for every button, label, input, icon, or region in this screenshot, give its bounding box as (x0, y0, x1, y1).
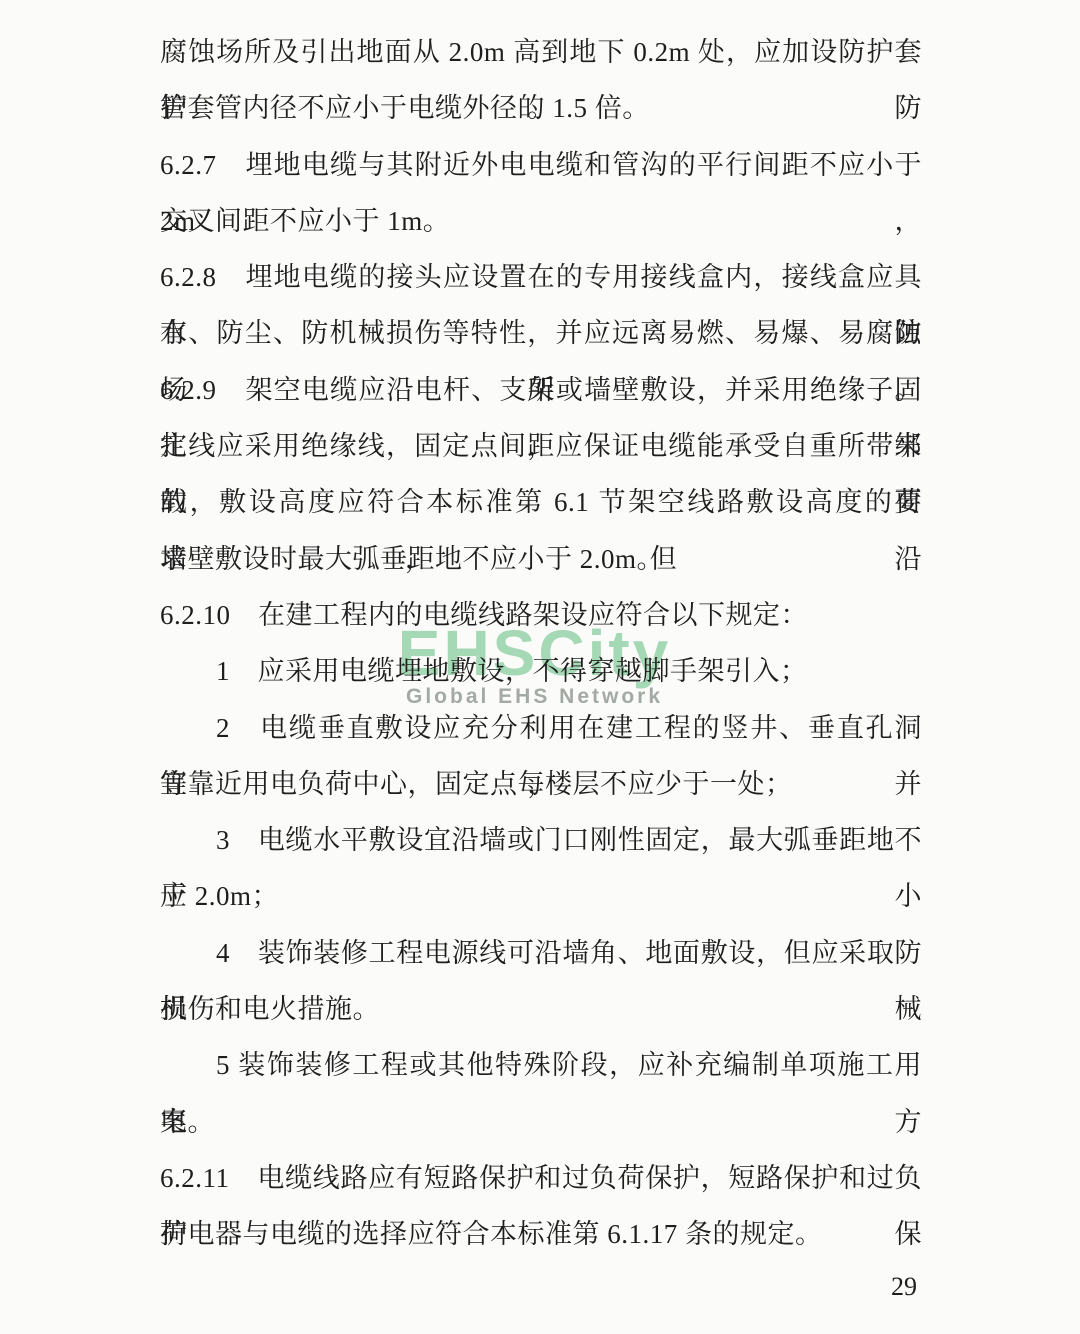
text-line: 4 装饰装修工程电源线可沿墙角、地面敷设，但应采取防机械 (160, 925, 922, 981)
text-line: 1 应采用电缆埋地敷设，不得穿越脚手架引入； (160, 643, 922, 699)
document-page: EHSCity Global EHS Network 腐蚀场所及引出地面从 2.… (0, 0, 1080, 1334)
text-line: 6.2.7 埋地电缆与其附近外电电缆和管沟的平行间距不应小于 2m， (160, 137, 922, 193)
text-line: 护电器与电缆的选择应符合本标准第 6.1.17 条的规定。 (160, 1206, 922, 1262)
text-line: 3 电缆水平敷设宜沿墙或门口刚性固定，最大弧垂距地不应小 (160, 812, 922, 868)
text-line: 6.2.9 架空电缆应沿电杆、支架或墙壁敷设，并采用绝缘子固定，绑 (160, 362, 922, 418)
text-line: 载，敷设高度应符合本标准第 6.1 节架空线路敷设高度的要求，但沿 (160, 474, 922, 530)
text-line: 腐蚀场所及引出地面从 2.0m 高到地下 0.2m 处，应加设防护套管。防 (160, 24, 922, 80)
document-body: 腐蚀场所及引出地面从 2.0m 高到地下 0.2m 处，应加设防护套管。防护套管… (160, 24, 922, 1263)
text-line: 5 装饰装修工程或其他特殊阶段，应补充编制单项施工用电方 (160, 1037, 922, 1093)
page-number: 29 (891, 1272, 917, 1302)
text-line: 6.2.10 在建工程内的电缆线路架设应符合以下规定： (160, 587, 922, 643)
text-line: 6.2.8 埋地电缆的接头应设置在的专用接线盒内，接线盒应具有防 (160, 249, 922, 305)
text-line: 2 电缆垂直敷设应充分利用在建工程的竖井、垂直孔洞等，并 (160, 700, 922, 756)
text-line: 水、防尘、防机械损伤等特性，并应远离易燃、易爆、易腐蚀场所。 (160, 305, 922, 361)
text-line: 6.2.11 电缆线路应有短路保护和过负荷保护，短路保护和过负荷保 (160, 1150, 922, 1206)
text-line: 扎线应采用绝缘线，固定点间距应保证电缆能承受自重所带来的荷 (160, 418, 922, 474)
